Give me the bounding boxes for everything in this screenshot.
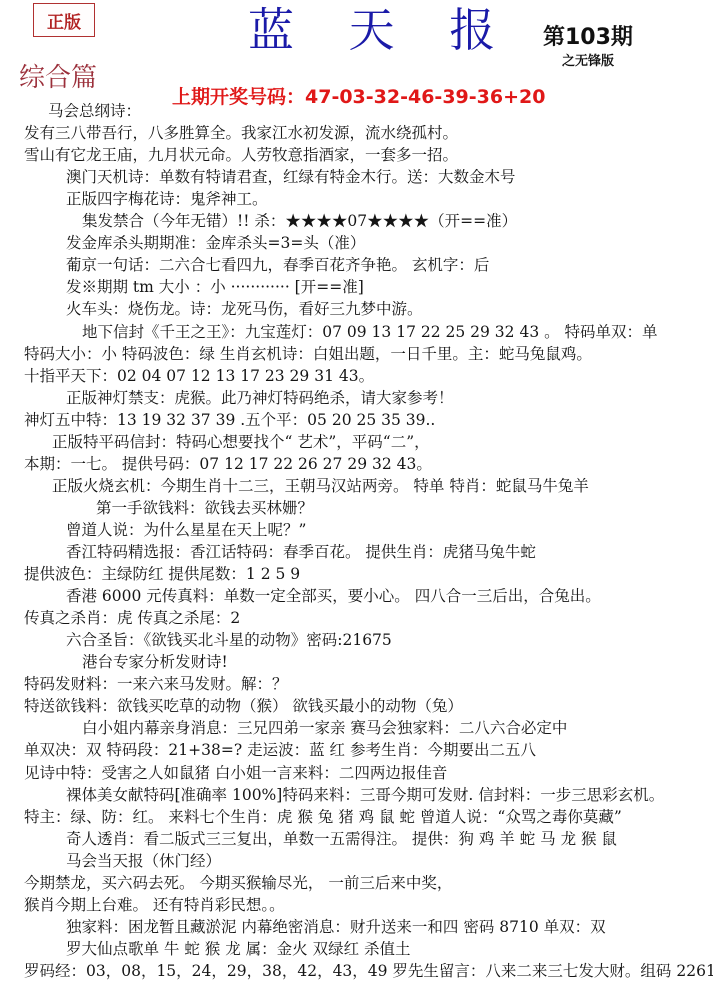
text-line: 六合圣旨：《欲钱买北斗星的动物》密码:21675 — [66, 629, 392, 651]
text-line: 葡京一句话：二六合七看四九，春季百花齐争艳。 玄机字：后 — [66, 254, 489, 276]
text-line: 奇人透肖：看二版式三三复出，单数一五需得注。 提供：狗 鸡 羊 蛇 马 龙 猴 … — [66, 828, 617, 850]
text-line: 十指平天下：02 04 07 12 13 17 23 29 31 43。 — [24, 365, 374, 387]
text-line: 正版火烧玄机：今期生肖十二三，王朝马汉站两旁。 特单 特肖：蛇鼠马牛兔羊 — [52, 475, 589, 497]
text-line: 发※期期 tm 大小 ：小 ············ [开==准] — [66, 276, 364, 298]
text-line: 罗大仙点歌单 牛 蛇 猴 龙 属：金火 双绿红 杀值土 — [66, 938, 411, 960]
newspaper-title: 蓝 天 报 — [248, 2, 515, 58]
text-line: 裸体美女献特码[准确率 100%]特码来料：三哥今期可发财. 信封料：一步三思彩… — [66, 784, 664, 806]
issue-number: 第103期 — [543, 20, 633, 51]
text-line: 提供波色：主绿防红 提供尾数：1 2 5 9 — [24, 563, 300, 585]
text-line: 香港 6000 元传真料：单数一定全部买，要小心。 四八合一三后出，合兔出。 — [66, 585, 601, 607]
text-line: 特送欲钱料：欲钱买吃草的动物（猴） 欲钱买最小的动物（兔） — [24, 695, 463, 717]
text-line: 神灯五中特：13 19 32 37 39 .五个平：05 20 25 35 39… — [24, 409, 435, 431]
text-line: 发金库杀头期期准：金库杀头=3=头（准） — [66, 232, 365, 254]
edition-name: 之无锋版 — [562, 50, 614, 69]
text-line: 地下信封《千王之王》：九宝莲灯：07 09 13 17 22 25 29 32 … — [82, 321, 658, 343]
text-line: 特码大小：小 特码波色：绿 生肖玄机诗：白姐出题，一日千里。主：蛇马兔鼠鸡。 — [24, 343, 592, 365]
edition-badge: 正版 — [33, 3, 95, 37]
text-line: 特码发财料：一来六来马发财。解：？ — [24, 673, 288, 695]
text-line: 单双决：双 特码段：21+38=? 走运波：蓝 红 参考生肖：今期要出二五八 — [24, 739, 536, 761]
text-line: 雪山有它龙王庙，九月状元命。人劳牧意指酒家，一套多一招。 — [24, 144, 458, 166]
text-line: 集发禁合（今年无错）!! 杀：★★★★07★★★★（开==准） — [82, 210, 517, 232]
text-line: 白小姐内幕亲身消息：三兄四弟一家亲 赛马会独家料：二八六合必定中 — [82, 717, 567, 739]
text-line: 马会当天报（休门经） — [66, 850, 221, 872]
text-line: 第一手欲钱料：欲钱去买林姗？ — [96, 497, 313, 519]
text-line: 正版四字梅花诗：鬼斧神工。 — [66, 188, 268, 210]
text-line: 猴肖今期上台难。 还有特肖彩民想。。 — [24, 894, 285, 916]
text-line: 正版神灯禁支：虎猴。此乃神灯特码绝杀，请大家参考！ — [66, 387, 454, 409]
text-line: 火车头：烧伤龙。诗：龙死马伤，看好三九梦中游。 — [66, 298, 423, 320]
text-line: 香江特码精选报：香江话特码：春季百花。 提供生肖：虎猪马兔牛蛇 — [66, 541, 536, 563]
last-draw-numbers: 47-03-32-46-39-36+20 — [305, 86, 545, 108]
text-line: 正版特平码信封：特码心想要找个“ 艺术”，平码“二”， — [52, 431, 430, 453]
text-line: 独家料：困龙暂且藏淤泥 内幕绝密消息：财升送来一和四 密码 8710 单双：双 — [66, 916, 606, 938]
text-line: 曾道人说：为什么星星在天上呢？” — [66, 519, 306, 541]
text-line: 见诗中特：受害之人如鼠猪 白小姐一言来料：二四两边报佳音 — [24, 762, 447, 784]
text-line: 发有三八带吾行，八多胜算全。我家江水初发源，流水绕孤村。 — [24, 122, 458, 144]
text-line: 罗码经：03，08，15，24，29，38，42，43，49 罗先生留言：八来二… — [24, 960, 713, 982]
text-line: 今期禁龙，买六码去死。 今期买猴输尽光， 一前三后来中奖， — [24, 872, 452, 894]
last-draw-banner: 上期开奖号码：47-03-32-46-39-36+20 — [172, 82, 545, 109]
section-title: 综合篇 — [19, 57, 97, 94]
text-line: 传真之杀肖：虎 传真之杀尾：2 — [24, 607, 240, 629]
text-line: 马会总纲诗： — [48, 100, 141, 122]
last-draw-label: 上期开奖号码： — [172, 86, 305, 108]
text-line: 本期：一七。 提供号码：07 12 17 22 26 27 29 32 43。 — [24, 453, 432, 475]
text-line: 特主：绿、防：红。 来料七个生肖：虎 猴 兔 猪 鸡 鼠 蛇 曾道人说：“众骂之… — [24, 806, 622, 828]
text-line: 澳门天机诗：单数有特请君查，红绿有特金木行。送：大数金木号 — [66, 166, 516, 188]
text-line: 港台专家分析发财诗! — [82, 651, 228, 673]
